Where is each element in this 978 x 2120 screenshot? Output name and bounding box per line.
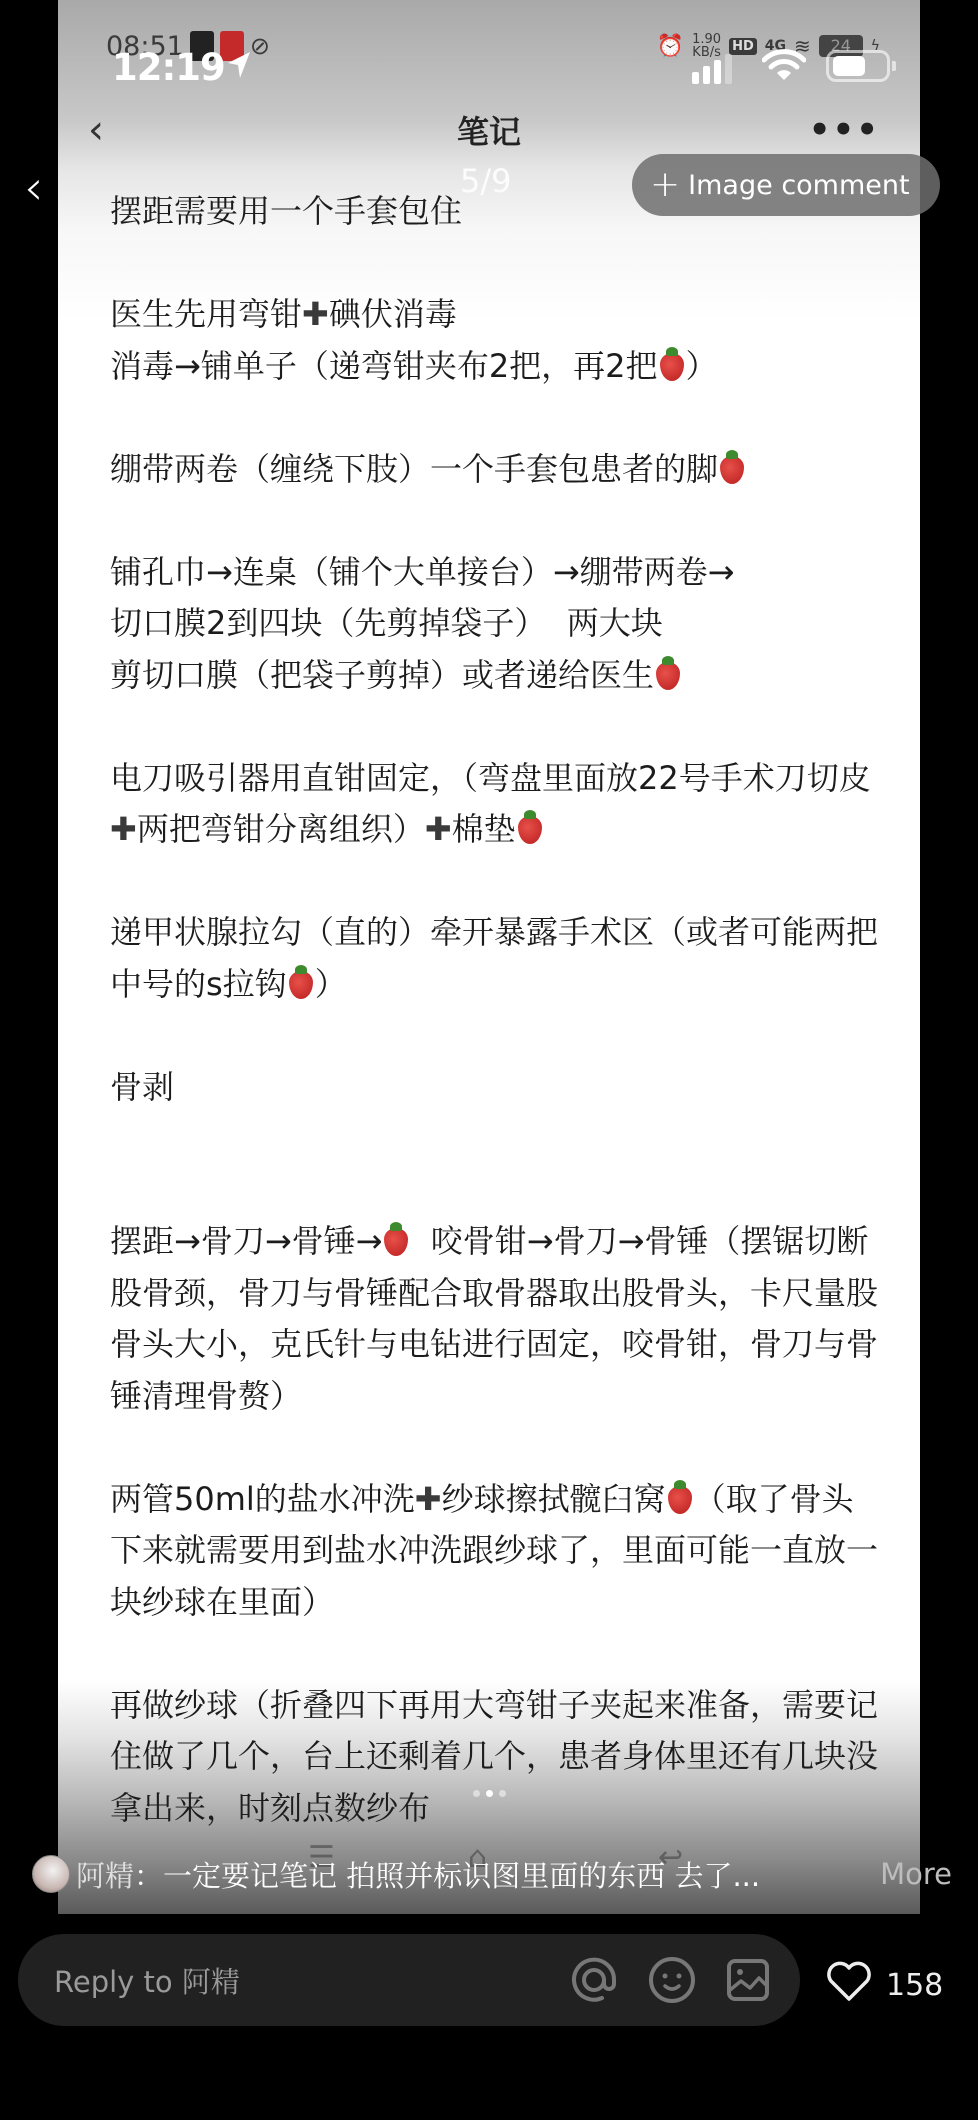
note-text-run: 递甲状腺拉勾（直的）牵开暴露手术区（或者可能两把中号的s拉钩 <box>110 913 878 1003</box>
note-paragraph: 递甲状腺拉勾（直的）牵开暴露手术区（或者可能两把中号的s拉钩） <box>110 907 880 1010</box>
caption-author[interactable]: 阿精 <box>76 1859 134 1893</box>
note-text-run: 铺孔巾→连桌（铺个大单接台）→绷带两卷→ <box>110 553 734 591</box>
note-text-run: 骨剥 <box>110 1068 174 1106</box>
cellular-signal-icon <box>692 54 732 84</box>
note-paragraph: 绷带两卷（缠绕下肢）一个手套包患者的脚 <box>110 444 880 496</box>
note-text-run: ） <box>315 965 347 1003</box>
reply-placeholder: Reply to 阿精 <box>54 1960 570 2001</box>
note-text-run: 剪切口膜（把袋子剪掉）或者递给医生 <box>110 656 654 694</box>
strawberry-emoji-icon <box>516 810 544 844</box>
at-icon[interactable] <box>570 1956 618 2004</box>
photo-title: 笔记 <box>58 107 920 153</box>
note-paragraph: 医生先用弯钳✚碘伏消毒消毒→铺单子（递弯钳夹布2把，再2把） <box>110 289 880 392</box>
note-text-run: 绷带两卷（缠绕下肢）一个手套包患者的脚 <box>110 450 718 488</box>
note-paragraph: 骨剥 <box>110 1062 880 1114</box>
note-text-run: 碘伏消毒 <box>329 295 457 333</box>
strawberry-emoji-icon <box>654 656 682 690</box>
image-comment-label: Image comment <box>688 170 909 201</box>
note-text-run: 再做纱球（折叠四下再用大弯钳子夹起来准备，需要记住做了几个，台上还剩着几个，患者… <box>110 1686 878 1827</box>
note-text-run: 消毒→铺单子（递弯钳夹布2把，再2把 <box>110 347 658 385</box>
caption-text: 阿精：一定要记笔记 拍照并标识图里面的东西 去了... <box>76 1854 874 1895</box>
note-paragraph: 摆距→骨刀→骨锤→ 咬骨钳→骨刀→骨锤（摆锯切断股骨颈，骨刀与骨锤配合取骨器取出… <box>110 1216 880 1422</box>
note-text-run: ） <box>686 347 718 385</box>
like-count: 158 <box>886 1968 943 2003</box>
status-time: 12:19 <box>112 46 225 89</box>
page-indicator <box>58 1790 920 1797</box>
battery-icon <box>826 50 890 82</box>
caption-separator: ： <box>134 1859 163 1893</box>
avatar[interactable] <box>32 1855 70 1893</box>
note-text-run: 两把弯钳分离组织） <box>137 810 425 848</box>
note-text-run: 摆距→骨刀→骨锤→ <box>110 1222 382 1260</box>
note-text-run: 医生先用弯钳 <box>110 295 302 333</box>
page-dot <box>473 1790 480 1797</box>
emoji-icon[interactable] <box>648 1956 696 2004</box>
status-bar: 12:19 <box>0 38 978 98</box>
strawberry-emoji-icon <box>287 965 315 999</box>
note-body: 摆距需要用一个手套包住医生先用弯钳✚碘伏消毒消毒→铺单子（递弯钳夹布2把，再2把… <box>110 186 880 1886</box>
note-text-run: 摆距需要用一个手套包住 <box>110 192 462 230</box>
strawberry-emoji-icon <box>718 450 746 484</box>
page-dot <box>499 1790 506 1797</box>
reply-input[interactable]: Reply to 阿精 <box>18 1934 800 2026</box>
plus-sign-icon: ✚ <box>425 810 452 848</box>
more-link[interactable]: More <box>880 1857 952 1891</box>
note-paragraph: 电刀吸引器用直钳固定，（弯盘里面放22号手术刀切皮✚两把弯钳分离组织）✚棉垫 <box>110 753 880 856</box>
plus-sign-icon: ✚ <box>415 1480 442 1518</box>
location-arrow-icon <box>226 50 252 88</box>
note-paragraph: 两管50ml的盐水冲洗✚纱球擦拭髋臼窝（取了骨头下来就需要用到盐水冲洗跟纱球了，… <box>110 1474 880 1629</box>
note-text-run: 电刀吸引器用直钳固定，（弯盘里面放22号手术刀切皮 <box>110 759 871 797</box>
image-counter: 5/9 <box>460 162 512 200</box>
note-image[interactable]: 08:51 ⊘ ⏰ 1.90 KB/s HD 4G ≋ 24 ϟ ‹ 笔记 ••… <box>58 0 920 1914</box>
image-icon[interactable] <box>726 1958 770 2002</box>
plus-icon: + <box>650 167 680 203</box>
photo-more-icon: ••• <box>809 110 880 150</box>
note-text-run: 切口膜2到四块（先剪掉袋子） 两大块 <box>110 604 663 642</box>
photo-nav-bar: ‹ 笔记 ••• <box>58 100 920 160</box>
note-paragraph: 铺孔巾→连桌（铺个大单接台）→绷带两卷→切口膜2到四块（先剪掉袋子） 两大块剪切… <box>110 547 880 702</box>
note-text-run: 棉垫 <box>452 810 516 848</box>
heart-icon <box>826 1960 872 2010</box>
note-text-run: 纱球擦拭髋臼窝 <box>442 1480 666 1518</box>
like-button[interactable]: 158 <box>826 1960 943 2010</box>
page-dot <box>486 1790 493 1797</box>
plus-sign-icon: ✚ <box>110 810 137 848</box>
note-paragraph: 再做纱球（折叠四下再用大弯钳子夹起来准备，需要记住做了几个，台上还剩着几个，患者… <box>110 1680 880 1835</box>
post-caption[interactable]: 阿精：一定要记笔记 拍照并标识图里面的东西 去了... More <box>32 1852 952 1896</box>
image-comment-button[interactable]: + Image comment <box>632 154 940 216</box>
note-text-run: 两管50ml的盐水冲洗 <box>110 1480 415 1518</box>
strawberry-emoji-icon <box>382 1222 410 1256</box>
plus-sign-icon: ✚ <box>302 295 329 333</box>
strawberry-emoji-icon <box>666 1480 694 1514</box>
wifi-icon <box>762 48 806 86</box>
strawberry-emoji-icon <box>658 347 686 381</box>
viewer-back-button[interactable]: ‹ <box>24 160 43 216</box>
caption-body: 一定要记笔记 拍照并标识图里面的东西 去了... <box>163 1859 760 1893</box>
